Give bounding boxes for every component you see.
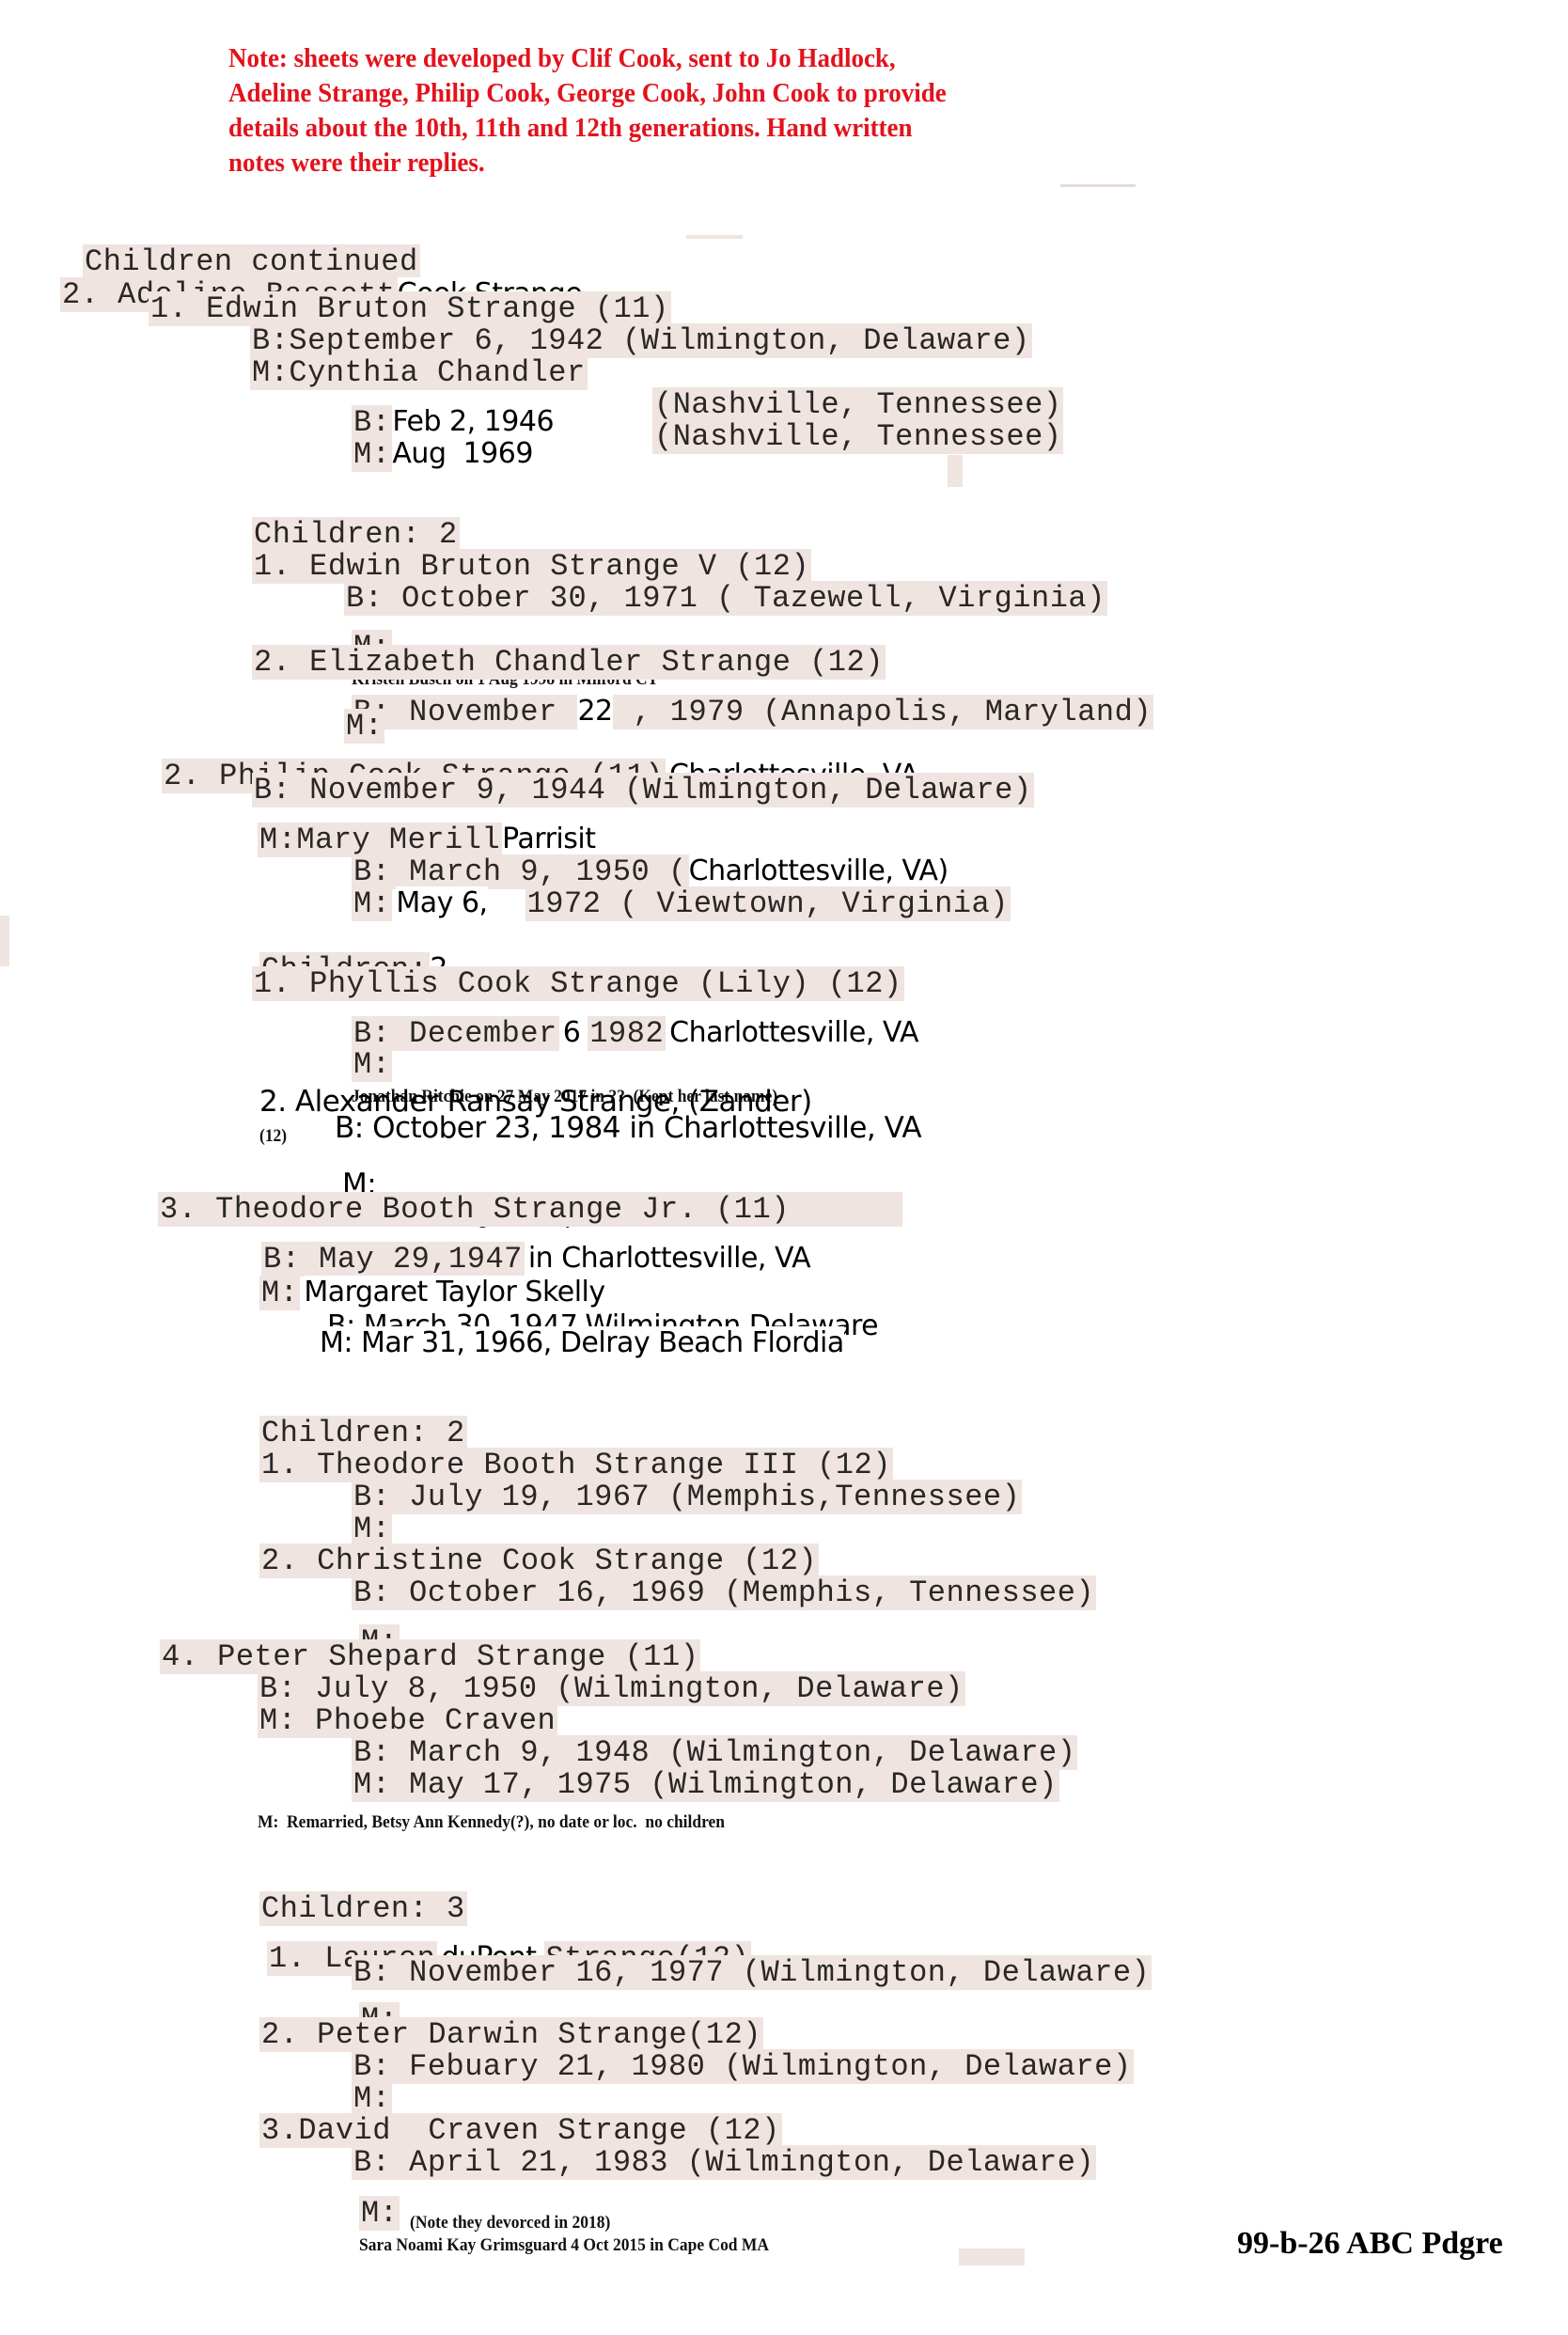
marriage-place: (Nashville, Tennessee) (652, 421, 1063, 453)
children-count: Children: 2 (259, 1418, 467, 1450)
person-theodore-jr-11: 3. Theodore Booth Strange Jr. (11) (158, 1194, 902, 1226)
child-theodore-iii: 1. Theodore Booth Strange III (12) (259, 1450, 893, 1481)
spouse-birth-line: B: March 9, 1950 (Charlottesville, VA) (344, 838, 949, 870)
page-reference: 99-b-26 ABC Pdgre (1237, 2226, 1503, 2262)
child-edwin-v: 1. Edwin Bruton Strange V (12) (252, 551, 811, 583)
marriage-line: M: (352, 1513, 392, 1545)
note-line-1: Note: sheets were developed by Clif Cook… (228, 41, 1121, 76)
person-philip-11: 2. Philip Cook Strange (11) Charlottesvi… (154, 743, 918, 775)
marriage-line: M: Bryn Potter on 11 Aug 2001 in Portlan… (352, 1609, 723, 1641)
person-peter-11: 4. Peter Shepard Strange (11) (160, 1641, 700, 1673)
birth-line: B: July 8, 1950 (Wilmington, Delaware) (258, 1673, 965, 1705)
marriage-line: M: (352, 2083, 392, 2115)
child-elizabeth: 2. Elizabeth Chandler Strange (12) (252, 647, 886, 679)
child-peter-darwin: 2. Peter Darwin Strange(12) (259, 2019, 763, 2051)
birth-line: B: April 21, 1983 (Wilmington, Delaware) (352, 2147, 1096, 2179)
marriage-line: M: Jonathan Ritchie on 27 May 2017 in ??… (344, 1032, 815, 1064)
birth-line: B: October 16, 1969 (Memphis, Tennessee) (352, 1577, 1096, 1609)
birth-line: B: Febuary 21, 1980 (Wilmington, Delawar… (352, 2051, 1134, 2083)
birth-line: B: July 19, 1967 (Memphis,Tennessee) (352, 1481, 1022, 1513)
birth-line: B: October 23, 1984 in Charlottesville, … (335, 1109, 921, 1147)
children-continued-heading: Children continued (75, 229, 420, 261)
children-count: Children:2 (252, 936, 447, 968)
marriage-line: M: (344, 711, 384, 743)
remarried-note: M: Remarried, Betsy Ann Kennedy(?), no d… (258, 1807, 765, 1839)
note-line-2: Adeline Strange, Philip Cook, George Coo… (228, 76, 1121, 111)
spouse-line: M: Margaret Taylor Skelly (252, 1260, 605, 1292)
parent-name: 2. Adeline BassettCook Strange (53, 261, 582, 293)
spouse-line: M:Mary MerillParrisit (250, 807, 595, 838)
birth-line: B: October 30, 1971 ( Tazewell, Virginia… (344, 583, 1107, 615)
birth-line: B: November 9, 1944 (Wilmington, Delawar… (252, 775, 1034, 807)
marriage-line: M: Mar 31, 1966, Delray Beach Flordia (320, 1327, 844, 1359)
birth-line: B:September 6, 1942 (Wilmington, Delawar… (250, 325, 1032, 357)
marriage-line: M: May 6,1972 ( Viewtown, Virginia) (344, 870, 1011, 902)
spouse-birth-line: B:Feb 2, 1946 (344, 389, 554, 421)
child-lauren: 1. Lauren duPont Strange(12) (259, 1925, 751, 1957)
child-david: 3.David Craven Strange (12) (259, 2115, 782, 2147)
marriage-line: M: Kristen Busch on 1 Aug 1998 in Milfor… (344, 615, 685, 647)
spouse-birth-line: B: March 30, 1947 Wilmington Delaware (320, 1293, 878, 1325)
children-count: Children: 3 (259, 1893, 467, 1925)
paper-fragment (686, 235, 743, 239)
intro-note: Note: sheets were developed by Clif Cook… (228, 41, 1121, 180)
child-alexander: 2. Alexander Ransay Strange, (Zander) (1… (252, 1066, 812, 1104)
birth-line: B: November 16, 1977 (Wilmington, Delawa… (352, 1957, 1152, 1989)
birth-line: B: December 6 1982 Charlottesville, VA (344, 1000, 918, 1032)
marriage-line: M: May 17, 1975 (Wilmington, Delaware) (352, 1769, 1059, 1801)
paper-fragment (948, 455, 963, 487)
birth-line: B: November 22 , 1979 (Annapolis, Maryla… (344, 679, 1153, 711)
marriage-line: M: Heather Nicole Dragon on 9 May 2015 i… (335, 1149, 676, 1186)
spouse-line: M:Cynthia Chandler (250, 357, 588, 389)
paper-fragment (0, 916, 9, 966)
spouse-birth-place: (Nashville, Tennessee) (652, 389, 1063, 421)
children-count: Children: 2 (252, 519, 460, 551)
divider (1060, 184, 1136, 187)
note-line-3: details about the 10th, 11th and 12th ge… (228, 111, 1121, 146)
note-line-4: notes were their replies. (228, 146, 1121, 180)
marriage-line: M:Aug 1969 (344, 421, 533, 453)
marriage-line: M: Kevin Erkenbrecher, no date or locati… (352, 1987, 743, 2019)
person-edwin-11: 1. Edwin Bruton Strange (11) (149, 293, 671, 325)
child-christine: 2. Christine Cook Strange (12) (259, 1545, 819, 1577)
spouse-birth-line: B: March 9, 1948 (Wilmington, Delaware) (352, 1737, 1077, 1769)
child-phyllis: 1. Phyllis Cook Strange (Lily) (12) (252, 968, 904, 1000)
birth-line: B: May 29,1947 in Charlottesville, VA (254, 1226, 810, 1258)
spouse-line: M: Phoebe Craven (258, 1705, 557, 1737)
divorce-note: (Note they devorced in 2018) (410, 2207, 628, 2239)
paper-fragment (959, 2249, 1025, 2265)
